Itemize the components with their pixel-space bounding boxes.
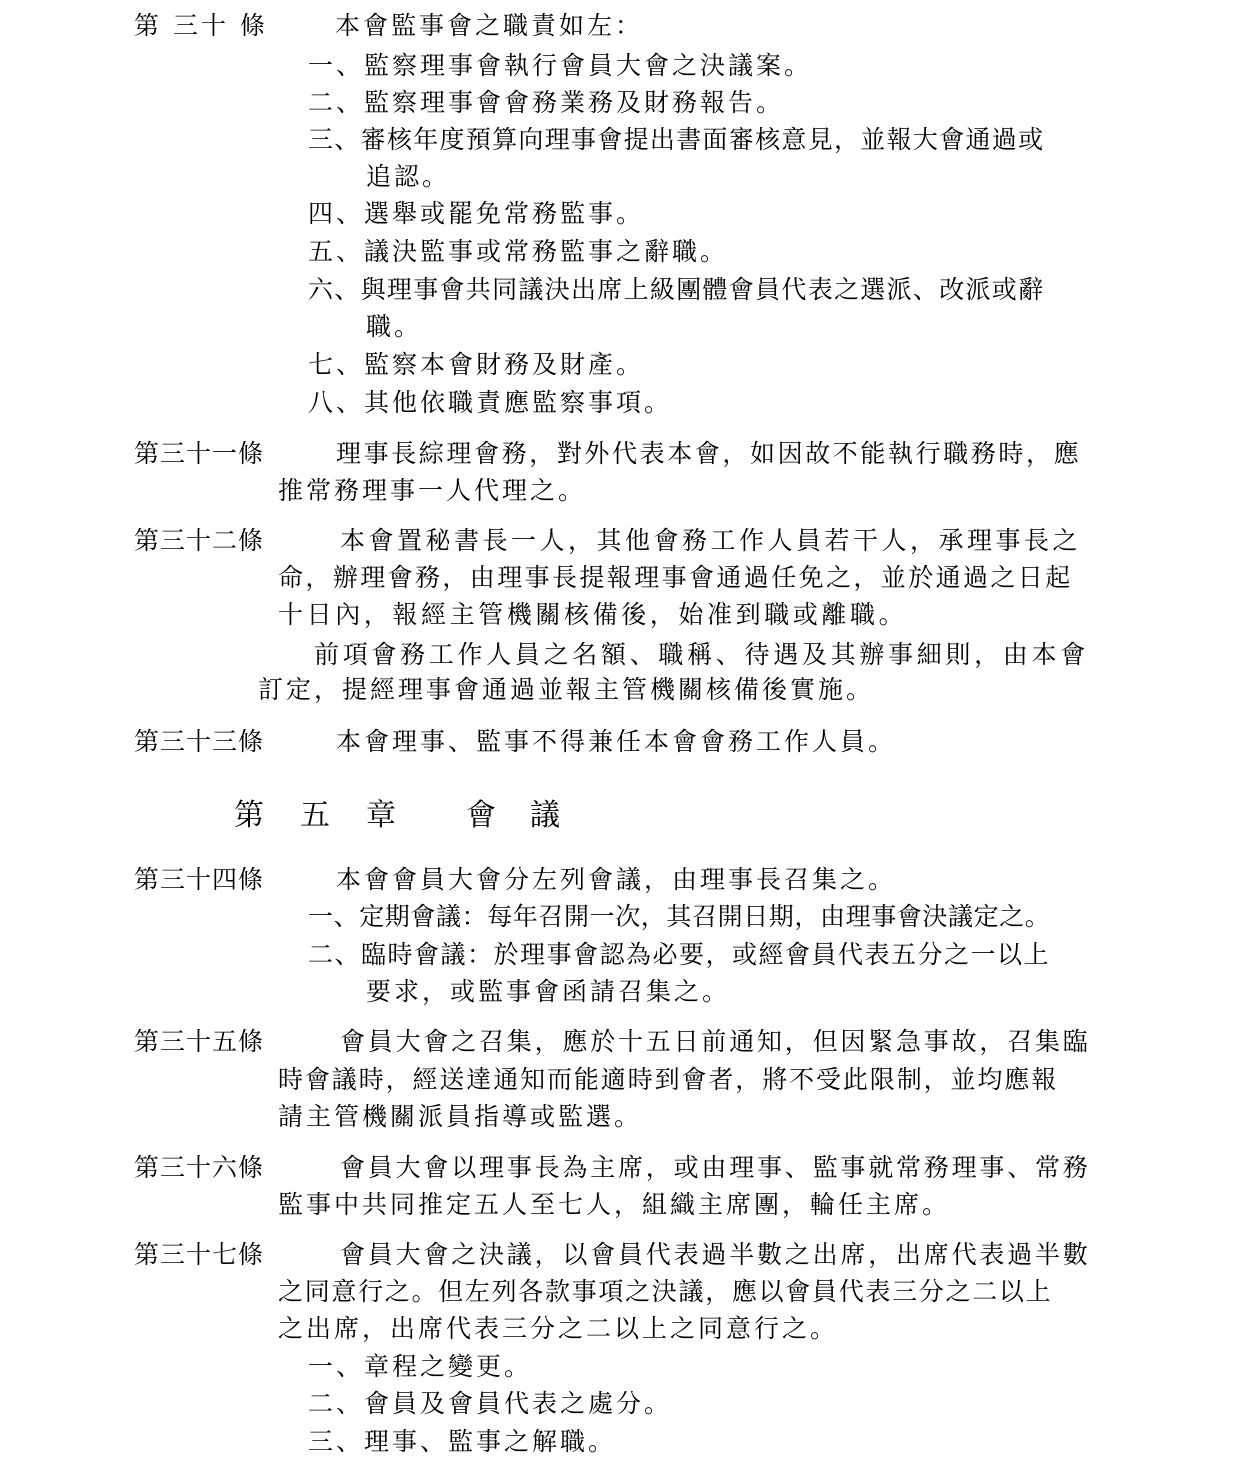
chapter-number-char: 五 bbox=[300, 796, 366, 836]
article-35-label: 第三十五條 bbox=[134, 1024, 264, 1060]
article-32-label: 第三十二條 bbox=[134, 523, 264, 559]
article-32-text: 十日內，報經主管機關核備後，始准到職或離職。 bbox=[278, 597, 907, 633]
chapter-number-char: 第 bbox=[234, 796, 300, 836]
article-30-label: 第 三十 條 bbox=[134, 8, 268, 44]
article-30-item: 三、審核年度預算向理事會提出書面審核意見，並報大會通過或 bbox=[308, 122, 1044, 158]
article-37-item: 三、理事、監事之解職。 bbox=[308, 1424, 616, 1460]
article-31-label: 第三十一條 bbox=[134, 436, 264, 472]
article-37-label: 第三十七條 bbox=[134, 1237, 264, 1273]
article-33-text: 本會理事、監事不得兼任本會會務工作人員。 bbox=[336, 724, 896, 760]
article-30-text: 本會監事會之職責如左： bbox=[335, 8, 643, 44]
article-30-item-cont: 職。 bbox=[366, 309, 422, 345]
article-37-item: 一、章程之變更。 bbox=[308, 1349, 532, 1385]
article-34-text: 本會會員大會分左列會議，由理事長召集之。 bbox=[336, 862, 896, 898]
article-30-item-cont: 追認。 bbox=[366, 159, 450, 195]
article-31-text: 推常務理事一人代理之。 bbox=[278, 473, 586, 509]
chapter-heading: 第五章會議 bbox=[234, 796, 562, 836]
article-33-label: 第三十三條 bbox=[134, 724, 264, 760]
chapter-title-char: 會 bbox=[466, 796, 530, 836]
article-35-text: 請主管機關派員指導或監選。 bbox=[278, 1099, 642, 1135]
article-30-item: 七、監察本會財務及財產。 bbox=[308, 347, 644, 383]
article-36-text: 會員大會以理事長為主席，或由理事、監事就常務理事、常務 bbox=[340, 1150, 1091, 1186]
chapter-number-char: 章 bbox=[366, 796, 466, 836]
article-30-item: 一、監察理事會執行會員大會之決議案。 bbox=[308, 48, 812, 84]
article-34-item: 一、定期會議：每年召開一次，其召開日期，由理事會決議定之。 bbox=[308, 899, 1050, 935]
article-37-text: 之出席，出席代表三分之二以上之同意行之。 bbox=[278, 1311, 838, 1347]
article-30-item: 五、議決監事或常務監事之辭職。 bbox=[308, 234, 728, 270]
article-34-item-cont: 要求，或監事會函請召集之。 bbox=[366, 974, 730, 1010]
article-35-text: 會員大會之召集，應於十五日前通知，但因緊急事故，召集臨 bbox=[340, 1024, 1091, 1060]
article-32-text: 命，辦理會務，由理事長提報理事會通過任免之，並於通過之日起 bbox=[278, 560, 1073, 596]
article-34-label: 第三十四條 bbox=[134, 862, 264, 898]
article-32-text: 訂定，提經理事會通過並報主管機關核備後實施。 bbox=[258, 672, 874, 708]
article-37-text: 之同意行之。但左列各款事項之決議，應以會員代表三分之二以上 bbox=[278, 1274, 1052, 1310]
article-32-text: 本會置秘書長一人，其他會務工作人員若干人，承理事長之 bbox=[340, 523, 1081, 559]
article-36-label: 第三十六條 bbox=[134, 1150, 264, 1186]
article-30-item: 六、與理事會共同議決出席上級團體會員代表之選派、改派或辭 bbox=[308, 272, 1044, 308]
article-32-text: 前項會務工作人員之名額、職稱、待遇及其辦事細則，由本會 bbox=[314, 637, 1089, 673]
article-31-text: 理事長綜理會務，對外代表本會，如因故不能執行職務時，應 bbox=[336, 436, 1081, 472]
article-30-item: 二、監察理事會會務業務及財務報告。 bbox=[308, 85, 784, 121]
article-34-item: 二、臨時會議：於理事會認為必要，或經會員代表五分之一以上 bbox=[308, 937, 1050, 973]
article-36-text: 監事中共同推定五人至七人，組織主席團，輪任主席。 bbox=[278, 1187, 950, 1223]
chapter-title-char: 議 bbox=[530, 796, 562, 836]
article-37-item: 二、會員及會員代表之處分。 bbox=[308, 1386, 672, 1422]
article-35-text: 時會議時，經送達通知而能適時到會者，將不受此限制，並均應報 bbox=[278, 1062, 1058, 1098]
article-37-text: 會員大會之決議，以會員代表過半數之出席，出席代表過半數 bbox=[340, 1237, 1091, 1273]
article-30-item: 八、其他依職責應監察事項。 bbox=[308, 385, 672, 421]
article-30-item: 四、選舉或罷免常務監事。 bbox=[308, 196, 644, 232]
